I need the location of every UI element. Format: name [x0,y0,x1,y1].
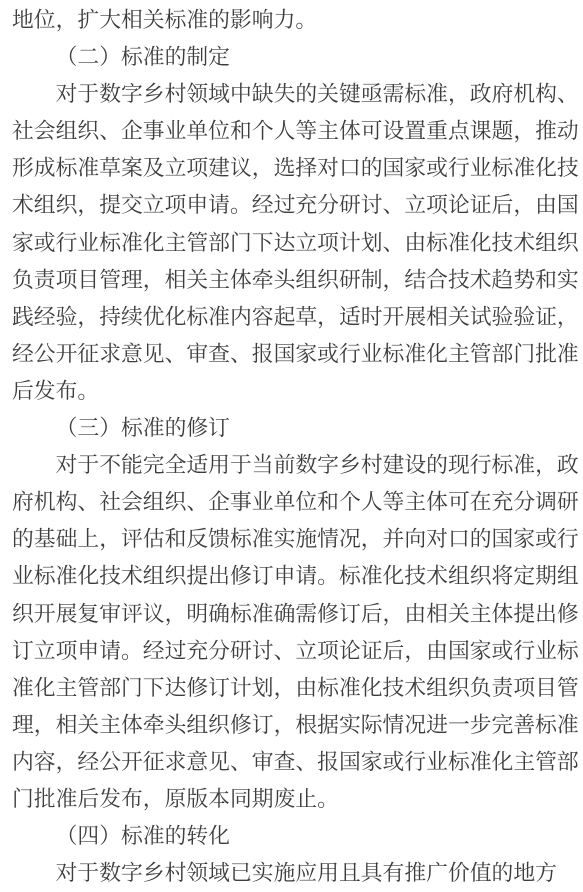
text-line: 内容，经公开征求意见、审查、报国家或行业标准化主管部 [12,744,579,781]
text-line: 社会组织、企事业单位和个人等主体可设置重点课题，推动 [12,113,579,150]
text-line: 术组织，提交立项申请。经过充分研讨、立项论证后，由国 [12,187,579,224]
text-line: 后发布。 [12,373,579,410]
section-heading: （三）标准的修订 [12,410,579,447]
text-line: 业标准化技术组织提出修订申请。标准化技术组织将定期组 [12,558,579,595]
text-line: 对于数字乡村领域已实施应用且具有推广价值的地方 [12,855,579,892]
text-line: 经公开征求意见、审查、报国家或行业标准化主管部门批准 [12,336,579,373]
section-heading: （二）标准的制定 [12,39,579,76]
text-line: 对于数字乡村领域中缺失的关键亟需标准，政府机构、 [12,76,579,113]
text-line: 家或行业标准化主管部门下达立项计划、由标准化技术组织 [12,225,579,262]
document-page: 地位，扩大相关标准的影响力。（二）标准的制定对于数字乡村领域中缺失的关键亟需标准… [0,0,583,892]
text-line: 践经验，持续优化标准内容起草，适时开展相关试验验证， [12,299,579,336]
text-line: 的基础上，评估和反馈标准实施情况，并向对口的国家或行 [12,521,579,558]
text-line: 订立项申请。经过充分研讨、立项论证后，由国家或行业标 [12,633,579,670]
text-line: 理，相关主体牵头组织修订，根据实际情况进一步完善标准 [12,707,579,744]
text-line: 准化主管部门下达修订计划，由标准化技术组织负责项目管 [12,670,579,707]
text-line: 地位，扩大相关标准的影响力。 [12,2,579,39]
text-line: 对于不能完全适用于当前数字乡村建设的现行标准，政 [12,447,579,484]
text-line: 门批准后发布，原版本同期废止。 [12,781,579,818]
text-line: 形成标准草案及立项建议，选择对口的国家或行业标准化技 [12,150,579,187]
text-line: 织开展复审评议，明确标准确需修订后，由相关主体提出修 [12,596,579,633]
document-body: 地位，扩大相关标准的影响力。（二）标准的制定对于数字乡村领域中缺失的关键亟需标准… [12,2,579,892]
text-line: 负责项目管理，相关主体牵头组织研制，结合技术趋势和实 [12,262,579,299]
section-heading: （四）标准的转化 [12,818,579,855]
text-line: 府机构、社会组织、企事业单位和个人等主体可在充分调研 [12,484,579,521]
